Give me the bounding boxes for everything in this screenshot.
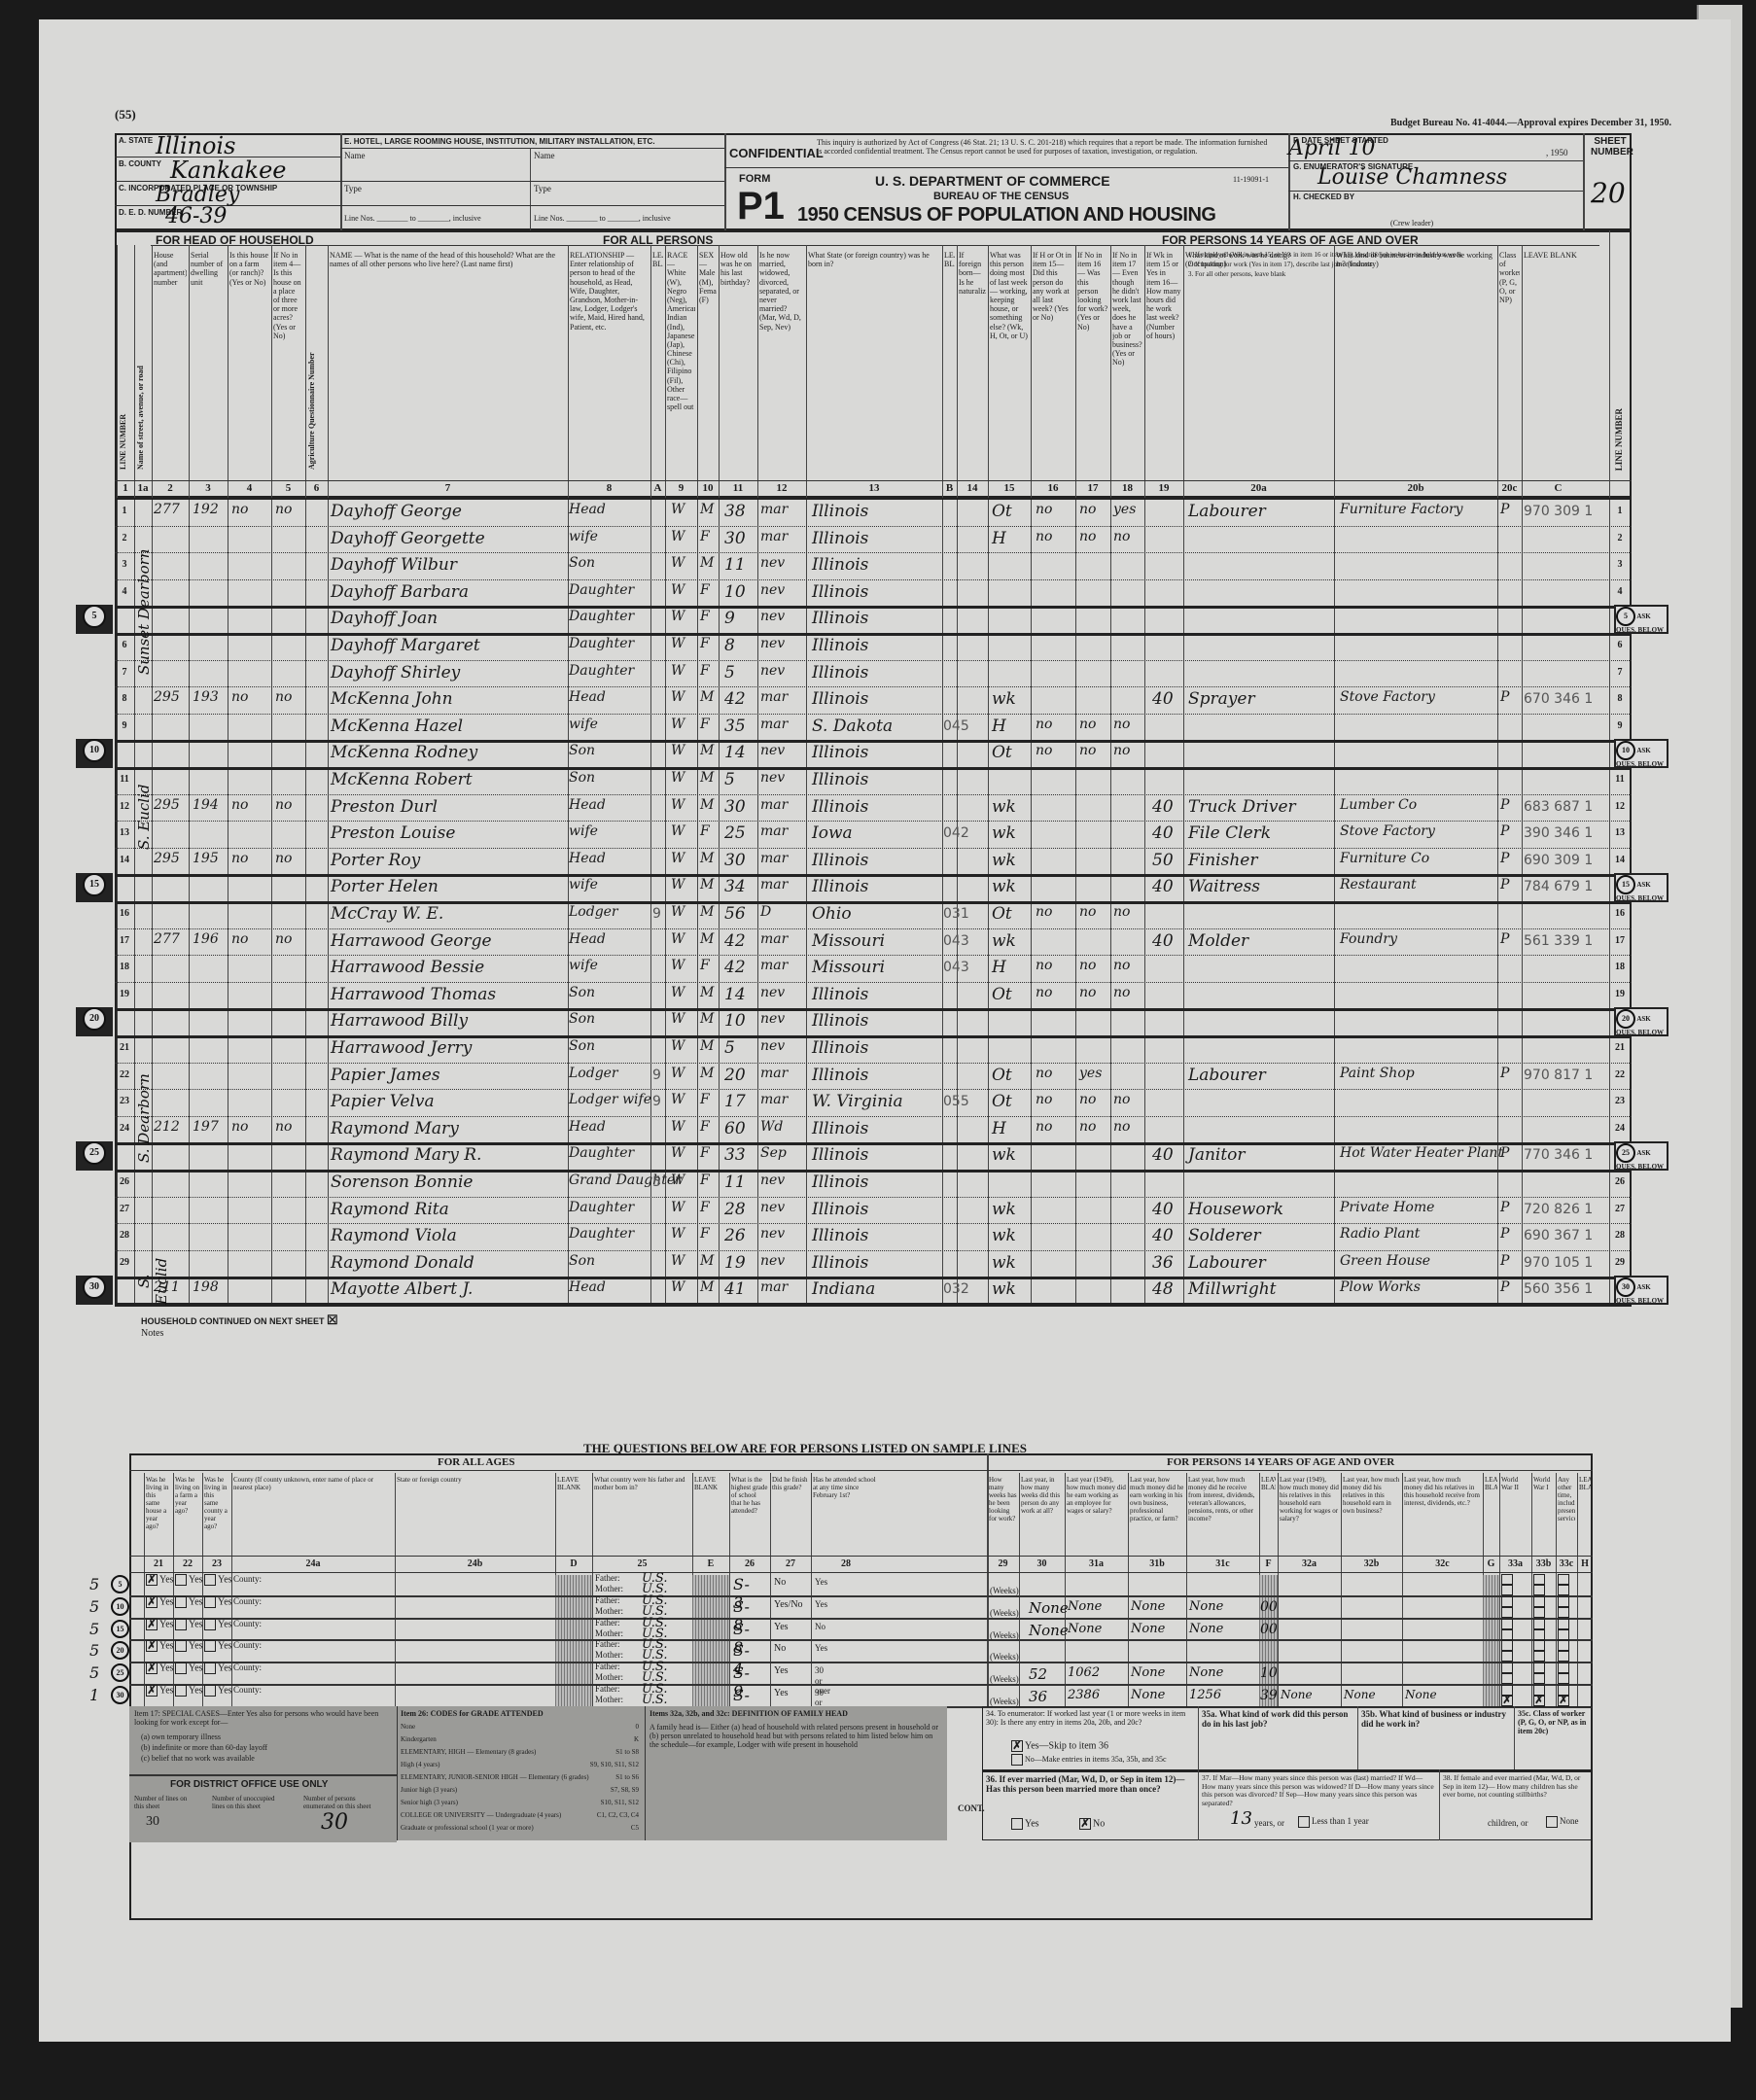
column-number: 8 [568,482,650,494]
q21-yes-checkbox[interactable]: ✗Yes [146,1574,174,1586]
service-q33b-no-checkbox[interactable]: ✗ [1533,1695,1547,1706]
cell-birthplace: Illinois [812,609,868,628]
cell-marital: mar [760,851,788,866]
q25-mother-label: Mother: [595,1584,623,1593]
q22-yes-checkbox[interactable]: Yes [175,1596,203,1608]
sample-column-number: 30 [1019,1558,1065,1569]
service-q33b-no-checkbox[interactable] [1533,1606,1547,1618]
cell-name: Harrawood Jerry [331,1038,472,1058]
cell-rel: Daughter [569,1145,634,1161]
cell-hours: 40 [1152,877,1174,896]
q22-yes-checkbox[interactable]: Yes [175,1662,203,1674]
grade-code-label: Graduate or professional school (1 year … [401,1824,534,1832]
cell-age: 25 [724,823,746,843]
q35a-text: 35a. What kind of work did this person d… [1202,1709,1352,1730]
service-q33b-no-checkbox[interactable] [1533,1672,1547,1684]
cell-class: P [1500,502,1509,517]
person-row: 1313Preston LouisewifeWF25marIowa042wk40… [117,822,1633,849]
cell-has-job: no [1113,1119,1130,1135]
cell-serial: 194 [193,797,219,813]
sample-column-number: 33a [1499,1558,1531,1569]
q36-no-checkbox[interactable]: ✗No [1079,1818,1105,1830]
cell-name: Harrawood Bessie [331,958,484,977]
cell-code: 720 826 1 [1524,1202,1593,1217]
person-row: 2222Papier JamesLodger9WM20marIllinoisOt… [117,1064,1633,1091]
service-q33c-no-checkbox[interactable] [1558,1628,1571,1640]
q25-mother-label: Mother: [595,1606,623,1616]
cell-has-job: no [1113,1092,1130,1107]
special-cases-text: Item 17: SPECIAL CASES—Enter Yes also fo… [134,1709,392,1727]
cell-age: 10 [724,582,746,602]
service-q33a-no-checkbox[interactable] [1501,1628,1515,1640]
cell-race: W [671,904,685,920]
column-number: 2 [152,482,189,494]
person-row: 2727Raymond RitaDaughterWF28nevIllinoisw… [117,1198,1633,1225]
cell-marital: mar [760,797,788,813]
sample-line-number: 10 [83,739,106,762]
cell-hours: 50 [1152,851,1174,870]
cell-marital: Wd [760,1119,783,1135]
cell-age: 14 [724,743,746,762]
person-row: 3030 ASK QUES. BELOW211198Mayotte Albert… [117,1277,1633,1305]
cell-code: 970 817 1 [1524,1067,1593,1083]
cell-worked: no [1036,1066,1052,1081]
q38-none-checkbox[interactable]: None [1546,1816,1579,1828]
column-number: 1 [117,482,134,494]
person-row: 2525 ASK QUES. BELOWRaymond Mary R.Daugh… [117,1143,1633,1171]
district-office-label: FOR DISTRICT OFFICE USE ONLY [170,1779,328,1790]
cell-birthplace: Illinois [812,770,868,789]
cell-relcode: 9 [652,1094,661,1109]
line-number-right: 27 [1611,1204,1629,1214]
sample-column-divider [1556,1473,1557,1706]
service-q33a-no-checkbox[interactable] [1501,1584,1515,1595]
line-number-right: 19 [1611,989,1629,999]
grade-code-item: ELEMENTARY, JUNIOR-SENIOR HIGH — Element… [401,1773,639,1781]
cell-looking: no [1079,958,1096,973]
q36-yes-checkbox[interactable]: Yes [1011,1818,1039,1830]
cell-industry: Lumber Co [1340,797,1417,813]
street-name: S. Dearborn [135,972,153,1264]
column-header-label: LEAVE BLANK [944,251,955,470]
cell-looking: no [1079,502,1096,517]
q34-no-checkbox[interactable]: No—Make entries in items 35a, 35b, and 3… [1011,1754,1167,1766]
income-q31b: None [1131,1688,1165,1702]
sample-column-number: 31b [1128,1558,1186,1569]
cell-code: 970 105 1 [1524,1255,1593,1271]
column-number: 14 [957,482,988,494]
column-number: 19 [1144,482,1183,494]
sample-header-divider [129,1556,1593,1557]
cell-activity: wk [992,797,1016,817]
sample-line-number: 25 [83,1141,106,1165]
cell-rel: Daughter [569,609,634,624]
cell-class: P [1500,877,1509,892]
person-row: 1010 ASK QUES. BELOWMcKenna RodneySonWM1… [117,741,1633,768]
service-q33b-no-checkbox[interactable] [1533,1628,1547,1640]
cell-sex: M [700,743,714,758]
cell-code: 683 687 1 [1524,799,1593,815]
q25-father-label: Father: [595,1595,620,1605]
cell-rel: wife [569,823,598,839]
column-number: 11 [719,482,757,494]
household-continued: HOUSEHOLD CONTINUED ON NEXT SHEET ☒ [141,1312,338,1328]
column-number: 9 [665,482,697,494]
cell-name: Mayotte Albert J. [331,1279,473,1299]
column-number: 7 [328,482,568,494]
cell-age: 8 [724,636,735,655]
q24a-county-label: County: [233,1662,262,1672]
form-label: FORM [739,173,770,185]
sample-line-marker: 30 [111,1685,129,1704]
column-header-label: LEAVE BLANK [1524,251,1593,470]
sample-column-divider [1531,1473,1532,1706]
income-q32a: None [1281,1688,1313,1701]
q23-yes-checkbox[interactable]: Yes [204,1685,232,1697]
person-row: 22Dayhoff GeorgettewifeWF30marIllinoisHn… [117,527,1633,554]
sample-line-number: 10 [111,1597,129,1616]
sample-column-label: How many weeks has he been looking for w… [989,1476,1017,1556]
q22-yes-checkbox[interactable]: Yes [175,1640,203,1652]
grade-codes-title: Item 26: CODES for GRADE ATTENDED [401,1709,544,1718]
service-q33c-no-checkbox[interactable] [1558,1650,1571,1662]
cell-serial: 192 [193,502,219,517]
service-q33b-no-checkbox[interactable] [1533,1650,1547,1662]
cell-marital: nev [760,609,785,624]
cell-house: 295 [154,851,180,866]
crew-leader-label: (Crew leader) [1390,219,1433,227]
cell-code: 561 339 1 [1524,933,1593,949]
q29-weeks-label: (Weeks) [990,1608,1019,1618]
cell-class: P [1500,1066,1509,1081]
income-q31c: None [1189,1599,1223,1614]
cell-industry: Radio Plant [1340,1226,1420,1242]
cell-race: W [671,1011,685,1027]
cell-worked: no [1036,1119,1052,1135]
street-name: S. Euclid [135,710,153,924]
line-number: 16 [116,908,133,919]
q35c-text: 35c. Class of worker (P, G, O, or NP, as… [1518,1709,1592,1736]
cell-activity: Ot [992,904,1012,924]
column-header-label: Serial number of dwelling unit [191,251,226,470]
q38-text: 38. If female and ever married (Mar, Wd,… [1443,1774,1589,1800]
sample-column-label: Last year, how much money did his relati… [1404,1476,1481,1556]
cell-birthplace: Iowa [812,823,853,843]
cell-race: W [671,851,685,866]
ask-line-number: 5 [1616,607,1635,626]
sample-column-divider [1019,1473,1020,1706]
cell-sex: M [700,1279,714,1295]
cell-race: W [671,1226,685,1242]
cell-rel: Daughter [569,636,634,651]
sample-tally: 5 [89,1641,99,1660]
column-header-label: RACE — White (W), Negro (Neg), American … [667,251,695,470]
income-q31b: None [1131,1622,1165,1636]
q23-yes-checkbox[interactable]: Yes [204,1596,232,1608]
grade-code-item: Senior high (3 years)S10, S11, S12 [401,1799,639,1806]
sample-header-divider [129,1572,1593,1573]
cell-occupation: Housework [1188,1200,1283,1219]
line-number-right: 23 [1611,1096,1629,1106]
cell-bcode: 045 [943,718,969,734]
sample-column-number: 32b [1341,1558,1402,1569]
sample-row-divider [129,1618,1593,1620]
sample-column-label: Has he attended school at any time since… [813,1476,879,1556]
q37-suffix: years, or [1254,1818,1284,1828]
hotel-type-label-2: Type [534,184,551,193]
cell-bcode: 031 [943,906,969,922]
column-header-label: LEAVE BLANK [652,251,663,470]
sample-line-number: 20 [111,1641,129,1660]
column-header-label: SEX — Male (M), Female (F) [699,251,717,470]
cell-acres: no [275,797,292,813]
unoccupied-lines-label: Number of unoccupied lines on this sheet [212,1795,280,1810]
q37-less-than-year-checkbox[interactable]: Less than 1 year [1298,1816,1369,1828]
cell-rel: wife [569,529,598,544]
cell-marital: nev [760,1226,785,1242]
column-number: 4 [228,482,271,494]
cell-birthplace: Illinois [812,985,868,1004]
line-number: 27 [116,1204,133,1214]
cell-birthplace: Illinois [812,797,868,817]
hotel-name-label-1: Name [344,151,366,160]
service-q33a-no-checkbox[interactable] [1501,1606,1515,1618]
q22-yes-checkbox[interactable]: Yes [175,1574,203,1586]
column-header-label: What kind of business or industry was he… [1336,251,1495,470]
cell-occupation: File Clerk [1188,823,1271,843]
q22-yes-checkbox[interactable]: Yes [175,1619,203,1630]
q34-yes-checkbox[interactable]: ✗Yes—Skip to item 36 [1011,1740,1108,1752]
cell-marital: nev [760,743,785,758]
service-q33c-no-checkbox[interactable] [1558,1606,1571,1618]
cell-hours: 40 [1152,823,1174,843]
sample-tally: 5 [89,1620,99,1638]
cell-age: 33 [724,1145,746,1165]
q21-yes-checkbox[interactable]: ✗Yes [146,1619,174,1630]
sample-column-number: 32c [1402,1558,1483,1569]
cell-marital: nev [760,555,785,571]
cell-activity: Ot [992,502,1012,521]
cell-looking: no [1079,1119,1096,1135]
special-case-a: (a) own temporary illness [141,1732,221,1741]
cell-sex: M [700,770,714,786]
service-q33a-no-checkbox[interactable] [1501,1672,1515,1684]
service-q33b-no-checkbox[interactable] [1533,1584,1547,1595]
income-q31c: None [1189,1665,1223,1680]
cell-code: 670 346 1 [1524,691,1593,707]
cell-rel: Head [569,1119,606,1135]
column-header-label: If H or Ot in item 15— Did this person d… [1033,251,1073,470]
grade-code-item: COLLEGE OR UNIVERSITY — Undergraduate (4… [401,1811,639,1819]
cell-worked: no [1036,1092,1052,1107]
q23-yes-checkbox[interactable]: Yes [204,1640,232,1652]
q22-yes-checkbox[interactable]: Yes [175,1685,203,1697]
line-number-right: 8 [1611,693,1629,704]
service-q33c-no-checkbox[interactable] [1558,1672,1571,1684]
confidential-label: CONFIDENTIAL [729,146,824,160]
sample-column-number: G [1483,1558,1499,1569]
line-number: 22 [116,1069,133,1080]
cell-house: 295 [154,689,180,705]
line-nos-2: Line Nos. ________ to ________, inclusiv… [534,214,671,223]
sample-column-label: Any other time, including present servic… [1558,1476,1575,1556]
cell-code: 970 309 1 [1524,504,1593,519]
line-number: 26 [116,1176,133,1187]
cell-activity: wk [992,1145,1016,1165]
cell-occupation: Solderer [1188,1226,1261,1245]
sample-column-number: 26 [729,1558,770,1569]
cell-name: Porter Helen [331,877,439,896]
cell-activity: H [992,1119,1006,1138]
cell-birthplace: Missouri [812,958,885,977]
service-q33a-no-checkbox[interactable] [1501,1650,1515,1662]
cell-worked: no [1036,743,1052,758]
cell-class: P [1500,1279,1509,1295]
cell-class: P [1500,1226,1509,1242]
column-header-label: RELATIONSHIP — Enter relationship of per… [570,251,649,470]
income-q31a: 2386 [1068,1688,1100,1702]
person-row: 2929Raymond DonaldSonWM19nevIllinoiswk36… [117,1251,1633,1278]
cell-marital: nev [760,636,785,651]
sample-line-number: 15 [111,1620,129,1638]
cell-sex: M [700,985,714,1000]
cell-sex: M [700,797,714,813]
cell-bcode: 043 [943,933,969,949]
department: U. S. DEPARTMENT OF COMMERCE [875,173,1110,189]
q24a-county-label: County: [233,1574,262,1584]
line-number-right: 26 [1611,1176,1629,1187]
sample-line-marker: 15 [111,1619,129,1638]
line-number: 3 [116,559,133,570]
sample-line-marker: 25 [76,1141,113,1171]
cell-sex: F [700,1145,710,1161]
cell-worked: no [1036,717,1052,732]
cell-rel: Lodger wife [569,1092,651,1107]
cell-name: McCray W. E. [331,904,443,924]
sample-line-number: 25 [111,1663,129,1682]
line-number-right: 11 [1611,774,1629,785]
q21-yes-checkbox[interactable]: ✗Yes [146,1596,174,1608]
q29-weeks-label: (Weeks) [990,1652,1019,1662]
sample-column-label: Last year, how much money did he receive… [1188,1476,1257,1556]
cell-hours: 40 [1152,931,1174,951]
cell-class: P [1500,931,1509,947]
line-number: 29 [116,1257,133,1268]
cell-activity: H [992,717,1006,736]
sample-column-number: 23 [202,1558,231,1569]
q23-yes-checkbox[interactable]: Yes [204,1619,232,1630]
column-header-label: What kind of work was he doing? (Occupat… [1185,251,1332,470]
column-header-label: If foreign born— Is he naturalized? [959,251,986,470]
cell-birthplace: Illinois [812,555,868,575]
q25-mother-value: U.S. [642,1693,667,1707]
cell-marital: mar [760,877,788,892]
q21-yes-checkbox[interactable]: ✗Yes [146,1685,174,1697]
cell-age: 28 [724,1200,746,1219]
cell-birthplace: Illinois [812,689,868,709]
sample-line-marker: 25 [111,1662,129,1682]
cell-industry: Foundry [1340,931,1397,947]
service-q33c-no-checkbox[interactable] [1558,1584,1571,1595]
cell-farm: no [231,931,248,947]
cell-house: 295 [154,797,180,813]
q21-yes-checkbox[interactable]: ✗Yes [146,1662,174,1674]
cell-industry: Hot Water Heater Plant [1340,1145,1503,1161]
cell-age: 19 [724,1253,746,1273]
cell-looking: yes [1079,1066,1102,1081]
sample-line-number: 30 [111,1686,129,1704]
line-number: 1 [116,506,133,516]
column-header-label: If No in item 4— Is this house on a plac… [273,251,303,470]
service-q33c-no-checkbox[interactable]: ✗ [1558,1695,1571,1706]
cell-age: 26 [724,1226,746,1245]
cell-rel: wife [569,958,598,973]
column-number: 17 [1075,482,1110,494]
cell-age: 20 [724,1066,746,1085]
person-row: 2020 ASK QUES. BELOWHarrawood BillySonWM… [117,1009,1633,1036]
sample-line-marker: 15 [76,873,113,902]
column-number: A [650,482,665,494]
cell-sex: M [700,1011,714,1027]
cell-farm: no [231,1119,248,1135]
cell-activity: H [992,529,1006,548]
sample-column-number: 22 [173,1558,202,1569]
line-number-label-right: LINE NUMBER [1614,408,1624,471]
cell-sex: M [700,1038,714,1054]
cell-acres: no [275,851,292,866]
cell-marital: nev [760,770,785,786]
sample-column-label: Was he living in this same county a year… [204,1476,229,1556]
cell-birthplace: Illinois [812,1011,868,1031]
line-number: 17 [116,935,133,946]
line-number: 28 [116,1230,133,1241]
cell-rel: Head [569,502,606,517]
sample-column-label: What country were his father and mother … [594,1476,690,1556]
line-number-right: 22 [1611,1069,1629,1080]
q27-finished: Yes/No [774,1599,803,1611]
grade-code-label: COLLEGE OR UNIVERSITY — Undergraduate (4… [401,1811,561,1819]
sample-row-divider [129,1595,1593,1597]
cell-sex: F [700,636,710,651]
q29-weeks-label: (Weeks) [990,1630,1019,1640]
cell-age: 42 [724,689,746,709]
cell-serial: 193 [193,689,219,705]
cell-rel: Son [569,1038,595,1054]
cell-sex: F [700,1092,710,1107]
cell-rel: Head [569,851,606,866]
cell-sex: F [700,1226,710,1242]
cell-rel: Son [569,1011,595,1027]
q23-yes-checkbox[interactable]: Yes [204,1662,232,1674]
income-q31a: None [1068,1622,1102,1636]
sample-column-label: Was he living on a farm a year ago? [175,1476,200,1556]
ask-questions-below-marker: 20 ASK QUES. BELOW [1614,1007,1668,1036]
service-q33a-no-checkbox[interactable]: ✗ [1501,1695,1515,1706]
line-number-right: 12 [1611,801,1629,812]
cell-name: Harrawood Thomas [331,985,496,1004]
grade-code-label: Senior high (3 years) [401,1799,458,1806]
sample-column-number: 32a [1278,1558,1341,1569]
q23-yes-checkbox[interactable]: Yes [204,1574,232,1586]
cell-race: W [671,743,685,758]
q21-yes-checkbox[interactable]: ✗Yes [146,1640,174,1652]
sample-column-number: 33c [1556,1558,1577,1569]
cell-has-job: no [1113,743,1130,758]
column-number: 5 [271,482,305,494]
sample-column-divider [729,1473,730,1706]
sample-column-label: Last year, how much money did he earn wo… [1130,1476,1184,1556]
line-number: 14 [116,855,133,865]
